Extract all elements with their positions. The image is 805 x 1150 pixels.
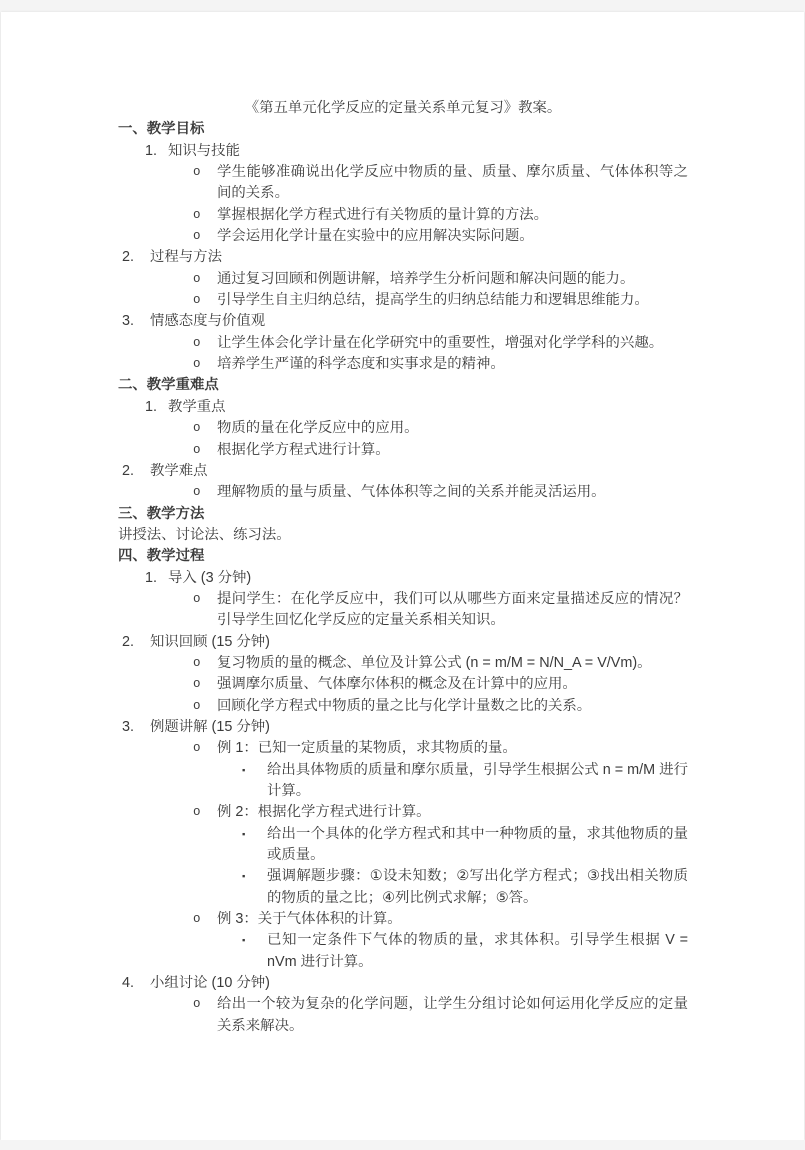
paragraph: 讲授法、讨论法、练习法。 [118,525,688,546]
list-number: 2. [122,461,150,482]
circle-bullet-icon: o [193,162,217,205]
bullet-list-item: o理解物质的量与质量、气体体积等之间的关系并能灵活运用。 [118,482,688,503]
line-text: 回顾化学方程式中物质的量之比与化学计量数之比的关系。 [217,696,688,717]
section-heading: 四、教学过程 [118,546,688,567]
circle-bullet-icon: o [193,226,217,247]
sub-bullet-list-item: ▪已知一定条件下气体的物质的量，求其体积。引导学生根据 V = nVm 进行计算… [118,930,688,973]
bullet-list-item: o提问学生：在化学反应中，我们可以从哪些方面来定量描述反应的情况？引导学生回忆化… [118,589,688,632]
bullet-list-item: o掌握根据化学方程式进行有关物质的量计算的方法。 [118,205,688,226]
bullet-list-item: o引导学生自主归纳总结，提高学生的归纳总结能力和逻辑思维能力。 [118,290,688,311]
line-text: 学生能够准确说出化学反应中物质的量、质量、摩尔质量、气体体积等之间的关系。 [217,162,688,205]
ordered-list-item: 2.教学难点 [118,461,688,482]
line-text: 《第五单元化学反应的定量关系单元复习》教案。 [118,98,688,119]
ordered-list-item: 3.例题讲解 (15 分钟) [118,717,688,738]
circle-bullet-icon: o [193,333,217,354]
square-bullet-icon: ▪ [242,824,267,867]
circle-bullet-icon: o [193,674,217,695]
bullet-list-item: o根据化学方程式进行计算。 [118,440,688,461]
line-text: 三、教学方法 [118,504,688,525]
line-text: 知识回顾 (15 分钟) [150,632,688,653]
line-text: 例 3：关于气体体积的计算。 [217,909,688,930]
list-number: 4. [122,973,150,994]
line-text: 强调摩尔质量、气体摩尔体积的概念及在计算中的应用。 [217,674,688,695]
document-title: 《第五单元化学反应的定量关系单元复习》教案。 [118,98,688,119]
bullet-list-item: o学会运用化学计量在实验中的应用解决实际问题。 [118,226,688,247]
list-number: 3. [122,717,150,738]
bullet-list-item: o复习物质的量的概念、单位及计算公式 (n = m/M = N/N_A = V/… [118,653,688,674]
line-text: 知识与技能 [168,141,688,162]
bullet-list-item: o给出一个较为复杂的化学问题，让学生分组讨论如何运用化学反应的定量关系来解决。 [118,994,688,1037]
line-text: 例题讲解 (15 分钟) [150,717,688,738]
bullet-list-item: o学生能够准确说出化学反应中物质的量、质量、摩尔质量、气体体积等之间的关系。 [118,162,688,205]
section-heading: 一、教学目标 [118,119,688,140]
bullet-list-item: o物质的量在化学反应中的应用。 [118,418,688,439]
sub-bullet-list-item: ▪给出具体物质的质量和摩尔质量，引导学生根据公式 n = m/M 进行计算。 [118,760,688,803]
circle-bullet-icon: o [193,738,217,759]
line-text: 培养学生严谨的科学态度和实事求是的精神。 [217,354,688,375]
line-text: 掌握根据化学方程式进行有关物质的量计算的方法。 [217,205,688,226]
line-text: 给出一个具体的化学方程式和其中一种物质的量，求其他物质的量或质量。 [267,824,688,867]
document-viewer: 《第五单元化学反应的定量关系单元复习》教案。一、教学目标1.知识与技能o学生能够… [0,0,805,1150]
circle-bullet-icon: o [193,909,217,930]
circle-bullet-icon: o [193,440,217,461]
square-bullet-icon: ▪ [242,930,267,973]
ordered-list-item: 2.知识回顾 (15 分钟) [118,632,688,653]
section-heading: 三、教学方法 [118,504,688,525]
line-text: 小组讨论 (10 分钟) [150,973,688,994]
circle-bullet-icon: o [193,994,217,1037]
bullet-list-item: o通过复习回顾和例题讲解，培养学生分析问题和解决问题的能力。 [118,269,688,290]
line-text: 例 1：已知一定质量的某物质，求其物质的量。 [217,738,688,759]
line-text: 已知一定条件下气体的物质的量，求其体积。引导学生根据 V = nVm 进行计算。 [267,930,688,973]
line-text: 教学难点 [150,461,688,482]
circle-bullet-icon: o [193,482,217,503]
page-gap-bottom [0,1140,805,1150]
line-text: 强调解题步骤：①设未知数；②写出化学方程式；③找出相关物质的物质的量之比；④列比… [267,866,688,909]
list-number: 2. [122,247,150,268]
square-bullet-icon: ▪ [242,866,267,909]
line-text: 学会运用化学计量在实验中的应用解决实际问题。 [217,226,688,247]
circle-bullet-icon: o [193,696,217,717]
ordered-list-item: 1.教学重点 [118,397,688,418]
list-number: 1. [145,397,168,418]
line-text: 复习物质的量的概念、单位及计算公式 (n = m/M = N/N_A = V/V… [217,653,688,674]
line-text: 给出具体物质的质量和摩尔质量，引导学生根据公式 n = m/M 进行计算。 [267,760,688,803]
circle-bullet-icon: o [193,653,217,674]
circle-bullet-icon: o [193,269,217,290]
line-text: 四、教学过程 [118,546,688,567]
bullet-list-item: o例 3：关于气体体积的计算。 [118,909,688,930]
page-gap-top [0,0,805,12]
line-text: 理解物质的量与质量、气体体积等之间的关系并能灵活运用。 [217,482,688,503]
line-text: 讲授法、讨论法、练习法。 [118,525,688,546]
bullet-list-item: o让学生体会化学计量在化学研究中的重要性，增强对化学学科的兴趣。 [118,333,688,354]
bullet-list-item: o强调摩尔质量、气体摩尔体积的概念及在计算中的应用。 [118,674,688,695]
circle-bullet-icon: o [193,354,217,375]
line-text: 导入 (3 分钟) [168,568,688,589]
list-number: 1. [145,568,168,589]
list-number: 2. [122,632,150,653]
line-text: 引导学生自主归纳总结，提高学生的归纳总结能力和逻辑思维能力。 [217,290,688,311]
section-heading: 二、教学重难点 [118,375,688,396]
ordered-list-item: 1.知识与技能 [118,141,688,162]
line-text: 根据化学方程式进行计算。 [217,440,688,461]
ordered-list-item: 3.情感态度与价值观 [118,311,688,332]
circle-bullet-icon: o [193,418,217,439]
line-text: 情感态度与价值观 [150,311,688,332]
circle-bullet-icon: o [193,802,217,823]
circle-bullet-icon: o [193,589,217,632]
ordered-list-item: 2.过程与方法 [118,247,688,268]
line-text: 物质的量在化学反应中的应用。 [217,418,688,439]
square-bullet-icon: ▪ [242,760,267,803]
ordered-list-item: 4.小组讨论 (10 分钟) [118,973,688,994]
list-number: 1. [145,141,168,162]
sub-bullet-list-item: ▪给出一个具体的化学方程式和其中一种物质的量，求其他物质的量或质量。 [118,824,688,867]
bullet-list-item: o例 1：已知一定质量的某物质，求其物质的量。 [118,738,688,759]
list-number: 3. [122,311,150,332]
line-text: 给出一个较为复杂的化学问题，让学生分组讨论如何运用化学反应的定量关系来解决。 [217,994,688,1037]
document-page: 《第五单元化学反应的定量关系单元复习》教案。一、教学目标1.知识与技能o学生能够… [1,12,804,1140]
line-text: 教学重点 [168,397,688,418]
bullet-list-item: o培养学生严谨的科学态度和实事求是的精神。 [118,354,688,375]
line-text: 一、教学目标 [118,119,688,140]
line-text: 提问学生：在化学反应中，我们可以从哪些方面来定量描述反应的情况？引导学生回忆化学… [217,589,688,632]
circle-bullet-icon: o [193,205,217,226]
bullet-list-item: o回顾化学方程式中物质的量之比与化学计量数之比的关系。 [118,696,688,717]
sub-bullet-list-item: ▪强调解题步骤：①设未知数；②写出化学方程式；③找出相关物质的物质的量之比；④列… [118,866,688,909]
ordered-list-item: 1.导入 (3 分钟) [118,568,688,589]
bullet-list-item: o例 2：根据化学方程式进行计算。 [118,802,688,823]
line-text: 二、教学重难点 [118,375,688,396]
line-text: 让学生体会化学计量在化学研究中的重要性，增强对化学学科的兴趣。 [217,333,688,354]
line-text: 例 2：根据化学方程式进行计算。 [217,802,688,823]
line-text: 过程与方法 [150,247,688,268]
line-text: 通过复习回顾和例题讲解，培养学生分析问题和解决问题的能力。 [217,269,688,290]
document-content: 《第五单元化学反应的定量关系单元复习》教案。一、教学目标1.知识与技能o学生能够… [1,12,804,1140]
circle-bullet-icon: o [193,290,217,311]
